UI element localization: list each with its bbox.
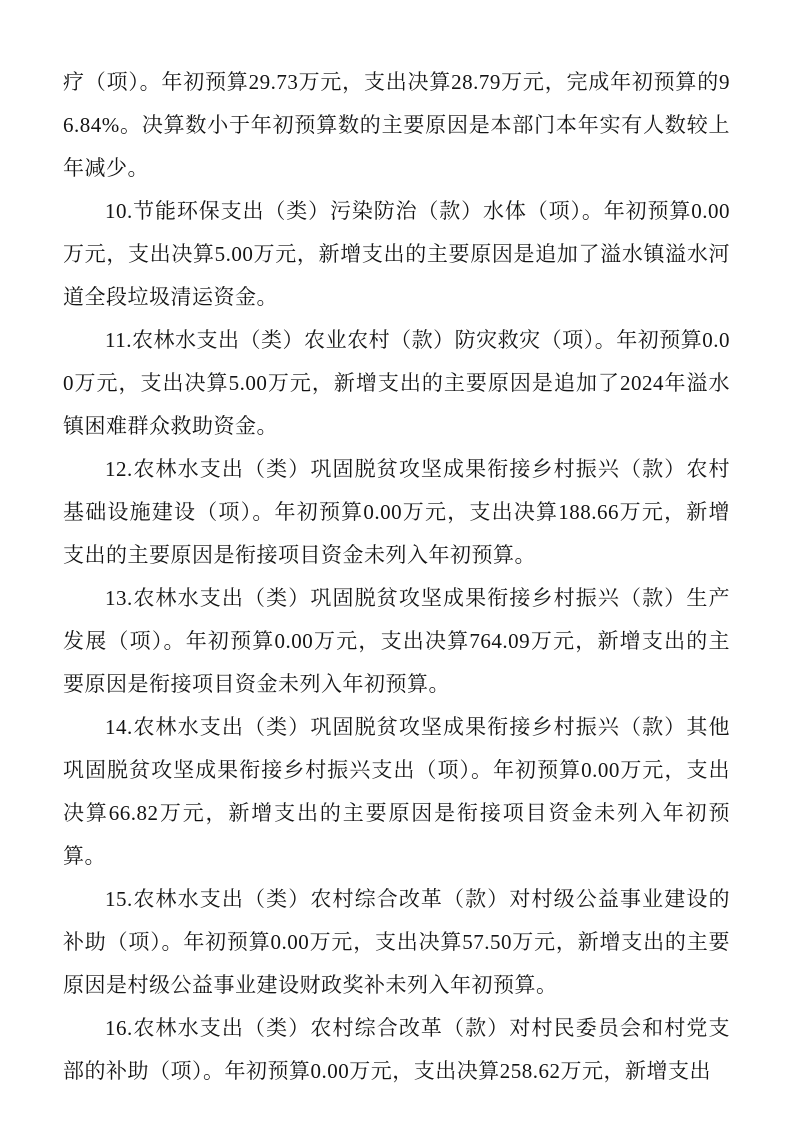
document-page: 疗（项）。年初预算29.73万元，支出决算28.79万元，完成年初预算的96.8…	[0, 0, 793, 1122]
paragraph-item-12: 12.农林水支出（类）巩固脱贫攻坚成果衔接乡村振兴（款）农村基础设施建设（项）。…	[63, 448, 730, 577]
paragraph-item-13: 13.农林水支出（类）巩固脱贫攻坚成果衔接乡村振兴（款）生产发展（项）。年初预算…	[63, 577, 730, 706]
paragraph-item-11: 11.农林水支出（类）农业农村（款）防灾救灾（项）。年初预算0.00万元，支出决…	[63, 319, 730, 448]
paragraph-item-14: 14.农林水支出（类）巩固脱贫攻坚成果衔接乡村振兴（款）其他巩固脱贫攻坚成果衔接…	[63, 706, 730, 878]
paragraph-item-10: 10.节能环保支出（类）污染防治（款）水体（项）。年初预算0.00万元，支出决算…	[63, 190, 730, 319]
paragraph-9-continuation: 疗（项）。年初预算29.73万元，支出决算28.79万元，完成年初预算的96.8…	[63, 61, 730, 190]
paragraph-item-16-truncated: 16.农林水支出（类）农村综合改革（款）对村民委员会和村党支部的补助（项）。年初…	[63, 1007, 730, 1093]
paragraph-item-15: 15.农林水支出（类）农村综合改革（款）对村级公益事业建设的补助（项）。年初预算…	[63, 878, 730, 1007]
